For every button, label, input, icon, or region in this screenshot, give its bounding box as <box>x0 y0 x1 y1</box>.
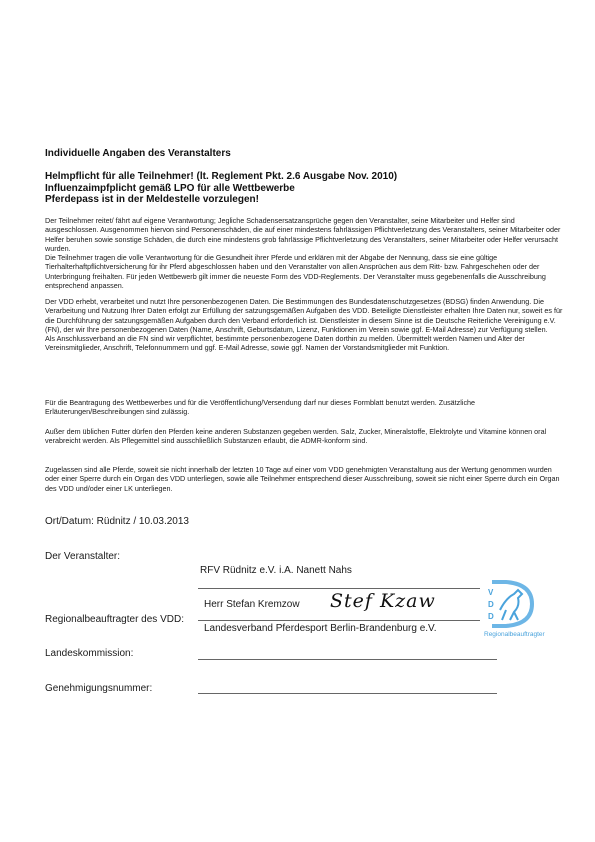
vdd-stamp: V D D Regionalbeauftragter <box>484 580 560 640</box>
approval-number-label: Genehmigungsnummer: <box>45 683 152 694</box>
organizer-label: Der Veranstalter: <box>45 551 120 562</box>
paragraph-fn-data: Als Anschlussverband an die FN sind wir … <box>45 334 565 353</box>
paragraph-responsibility: Die Teilnehmer tragen die volle Verantwo… <box>45 253 565 290</box>
paragraph-privacy: Der VDD erhebt, verarbeitet und nutzt Ih… <box>45 297 565 334</box>
regional-label: Regionalbeauftragter des VDD: <box>45 614 184 625</box>
regional-signature: Stef Kzaw <box>330 590 436 612</box>
regional-signature-line <box>198 620 480 621</box>
paragraph-admission: Zugelassen sind alle Pferde, soweit sie … <box>45 465 565 493</box>
admission-paragraph: Zugelassen sind alle Pferde, soweit sie … <box>45 465 565 493</box>
place-date: Ort/Datum: Rüdnitz / 10.03.2013 <box>45 516 189 527</box>
section-heading: Individuelle Angaben des Veranstalters <box>45 148 231 159</box>
paragraph-substances: Außer dem üblichen Futter dürfen den Pfe… <box>45 427 565 446</box>
helmet-notice: Helmpflicht für alle Teilnehmer! (lt. Re… <box>45 171 397 183</box>
liability-paragraph: Der Teilnehmer reitet/ fährt auf eigene … <box>45 216 565 290</box>
commission-line[interactable] <box>198 659 497 660</box>
privacy-paragraph: Der VDD erhebt, verarbeitet und nutzt Ih… <box>45 297 565 353</box>
vdd-logo-icon: V D D Regionalbeauftragter <box>484 580 560 640</box>
svg-text:Regionalbeauftragter: Regionalbeauftragter <box>484 631 546 638</box>
commission-label: Landeskommission: <box>45 648 133 659</box>
organizer-value: RFV Rüdnitz e.V. i.A. Nanett Nahs <box>200 565 352 576</box>
paragraph-form-usage: Für die Beantragung des Wettbewerbes und… <box>45 398 565 417</box>
svg-text:D: D <box>488 600 494 609</box>
form-usage-paragraph: Für die Beantragung des Wettbewerbes und… <box>45 398 565 417</box>
mandatory-notice: Helmpflicht für alle Teilnehmer! (lt. Re… <box>45 171 397 206</box>
approval-number-line[interactable] <box>198 693 497 694</box>
svg-text:V: V <box>488 588 494 597</box>
vaccination-notice: Influenzaimpfplicht gemäß LPO für alle W… <box>45 183 397 195</box>
svg-text:D: D <box>488 612 494 621</box>
organizer-signature-line <box>198 588 480 589</box>
horse-passport-notice: Pferdepass ist in der Meldestelle vorzul… <box>45 194 397 206</box>
regional-name: Herr Stefan Kremzow <box>204 599 300 610</box>
paragraph-liability: Der Teilnehmer reitet/ fährt auf eigene … <box>45 216 565 253</box>
regional-org: Landesverband Pferdesport Berlin-Branden… <box>204 623 437 634</box>
substances-paragraph: Außer dem üblichen Futter dürfen den Pfe… <box>45 427 565 446</box>
